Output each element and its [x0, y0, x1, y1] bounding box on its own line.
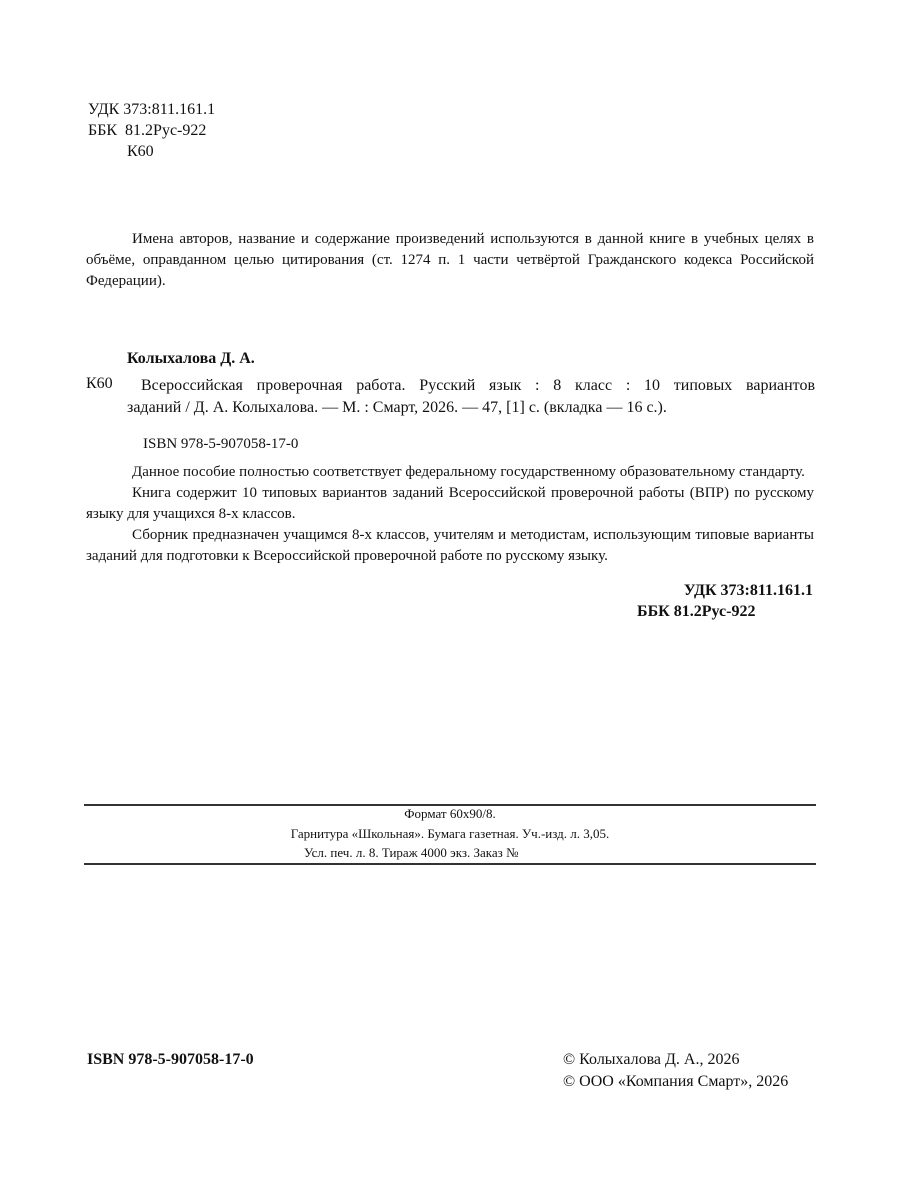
- bbk-code-bold: ББК 81.2Рус-922: [637, 603, 755, 621]
- bbk-code: ББК 81.2Рус-922: [88, 121, 206, 140]
- bib-title-line-2: заданий / Д. А. Колыхалова. — М. : Смарт…: [127, 397, 815, 419]
- isbn-footer: ISBN 978-5-907058-17-0: [87, 1051, 254, 1069]
- annotation: Данное пособие полностью соответствует ф…: [86, 462, 814, 567]
- isbn-record: ISBN 978-5-907058-17-0: [143, 436, 298, 453]
- copyright-notice: Имена авторов, название и содержание про…: [86, 229, 814, 292]
- author-mark: К60: [127, 142, 154, 161]
- imprint-format: Формат 60x90/8.: [0, 806, 900, 822]
- bibliographic-description: Всероссийская проверочная работа. Русски…: [127, 375, 815, 419]
- udk-code-bold: УДК 373:811.161.1: [684, 582, 813, 600]
- copyright-publisher: © ООО «Компания Смарт», 2026: [563, 1073, 788, 1091]
- copyright-author: © Колыхалова Д. А., 2026: [563, 1051, 739, 1069]
- imprint-print-run: Усл. печ. л. 8. Тираж 4000 экз. Заказ №: [304, 845, 518, 861]
- divider-bottom: [84, 863, 816, 865]
- imprint-typeface: Гарнитура «Школьная». Бумага газетная. У…: [0, 826, 900, 842]
- annotation-paragraph: Данное пособие полностью соответствует ф…: [86, 462, 814, 483]
- udk-code: УДК 373:811.161.1: [88, 100, 215, 119]
- bib-title-line-1: Всероссийская проверочная работа. Русски…: [127, 375, 815, 397]
- author-heading: Колыхалова Д. А.: [127, 350, 255, 368]
- bib-author-mark: К60: [86, 375, 113, 393]
- annotation-paragraph: Сборник предназначен учащимся 8-х классо…: [86, 525, 814, 567]
- annotation-paragraph: Книга содержит 10 типовых вариантов зада…: [86, 483, 814, 525]
